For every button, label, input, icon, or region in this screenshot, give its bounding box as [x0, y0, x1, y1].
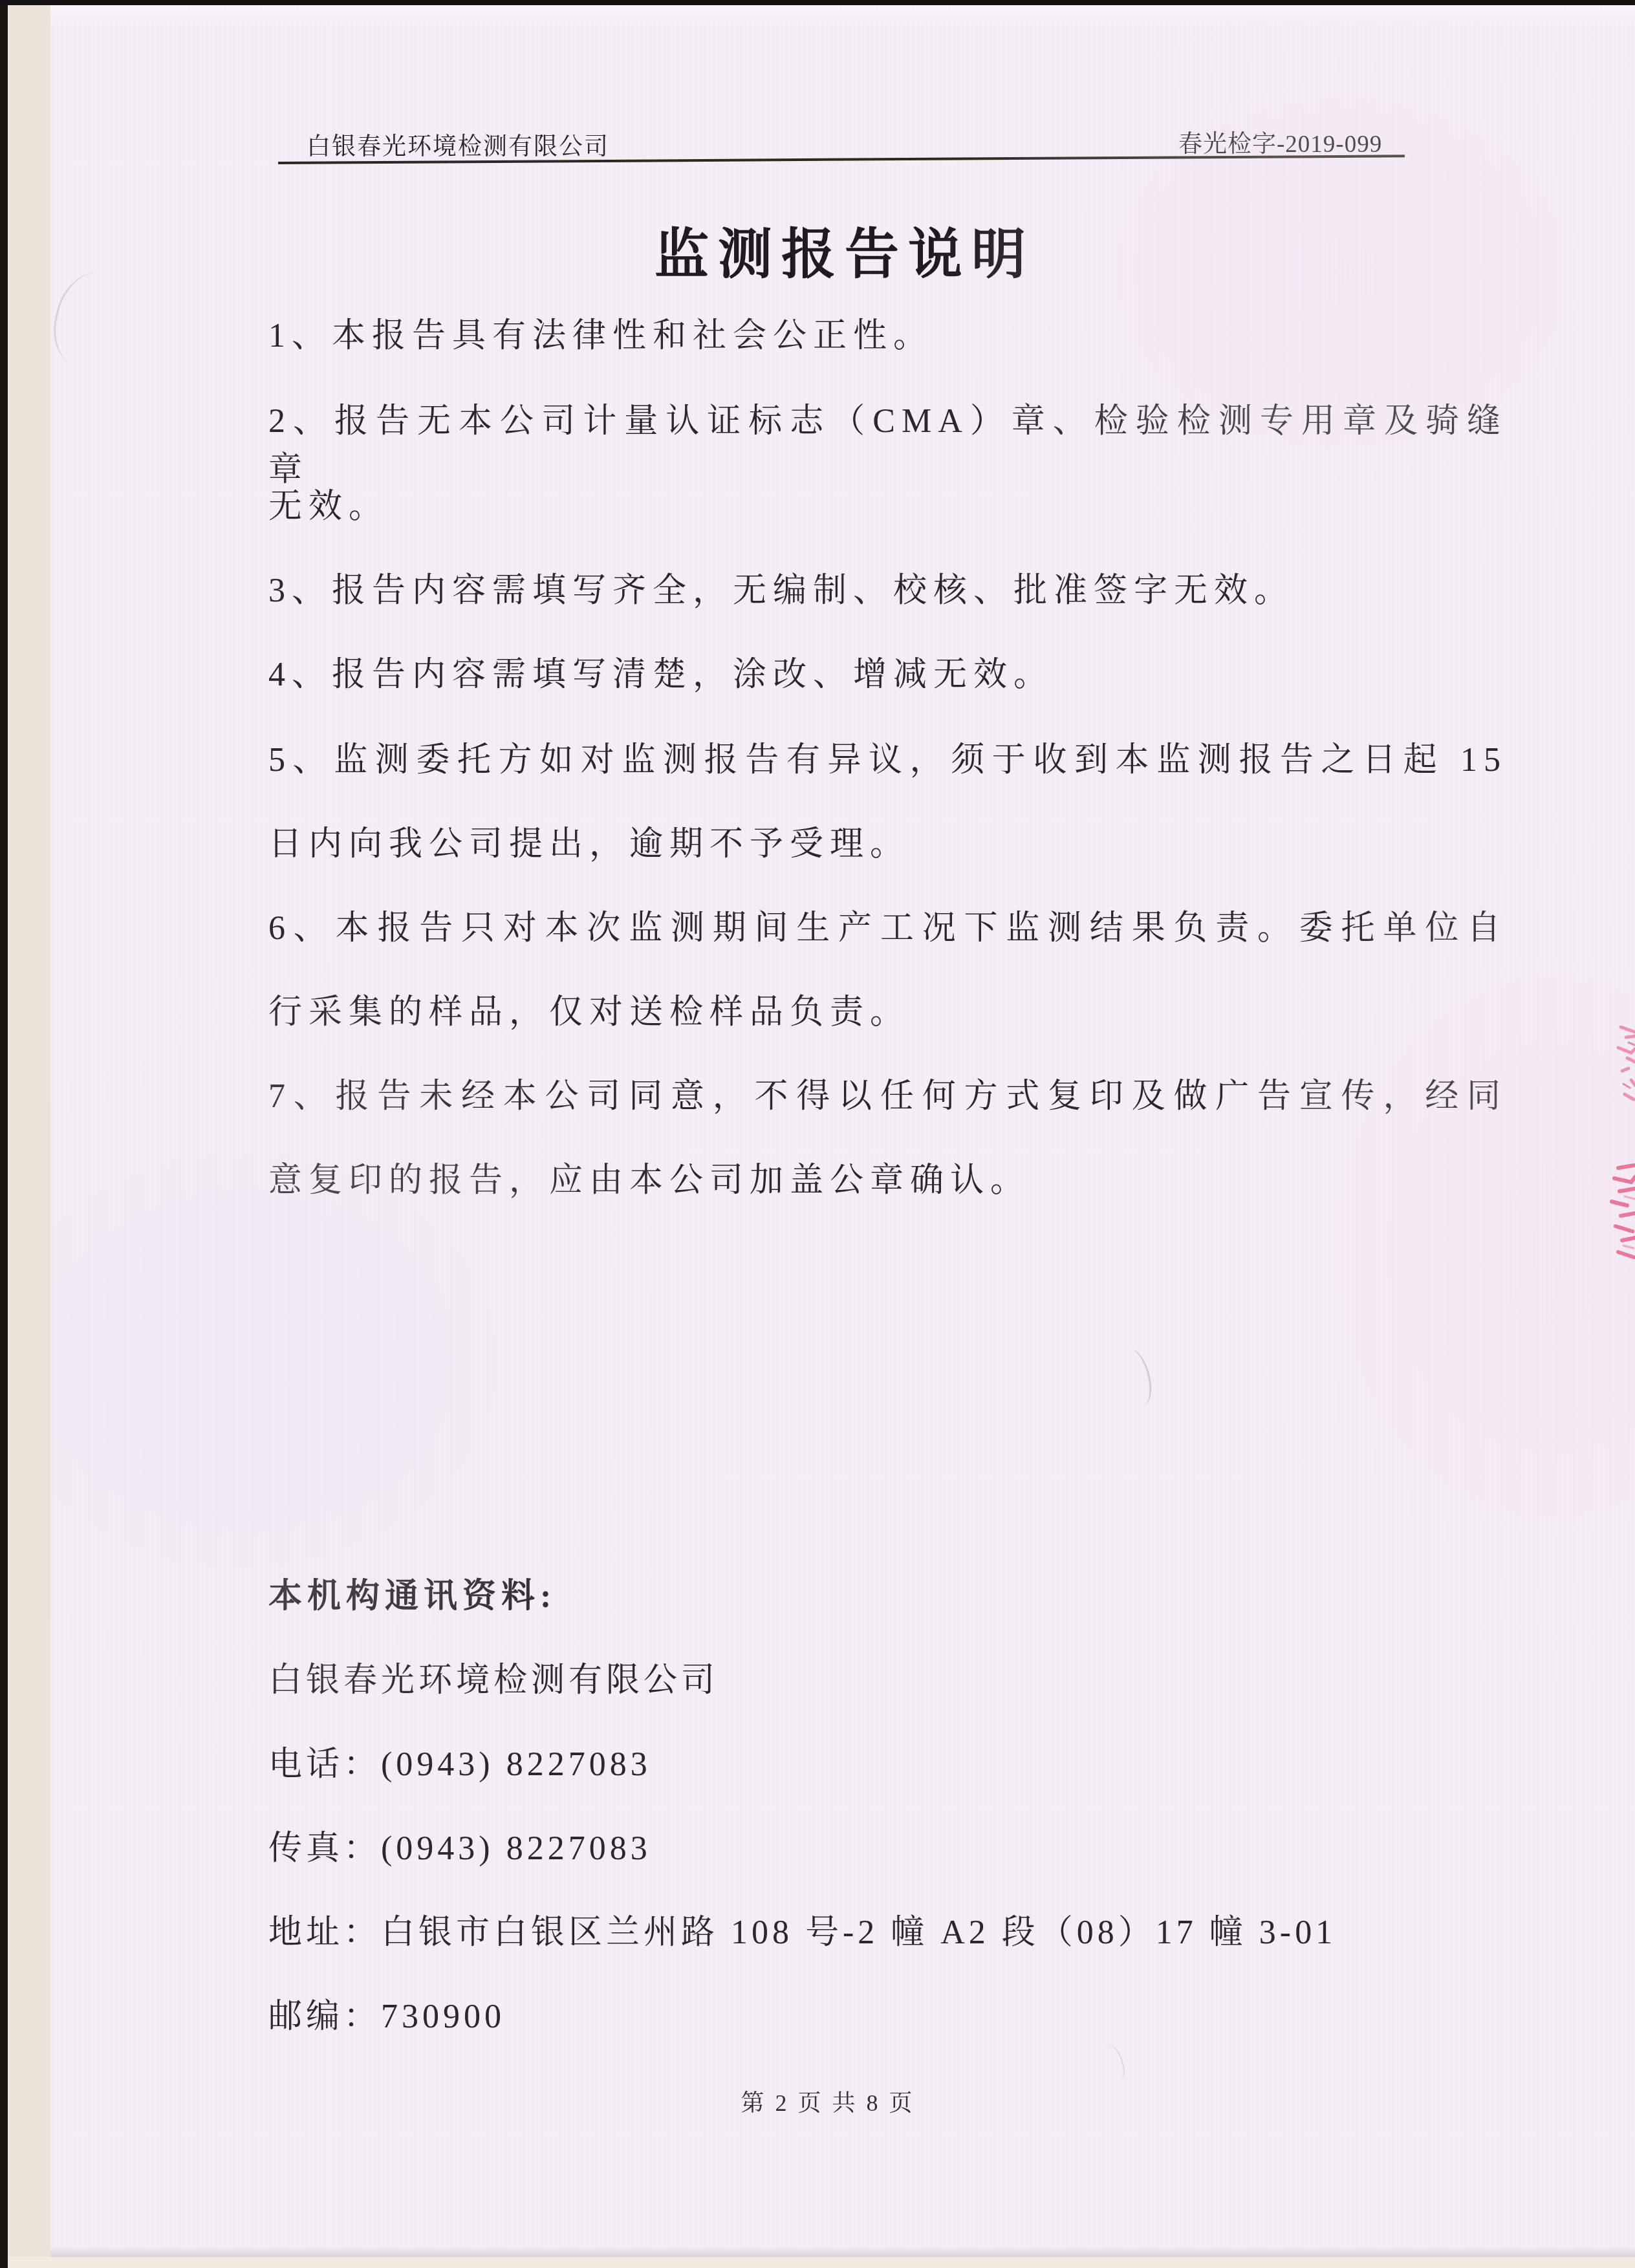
scratch-mark [1116, 1346, 1156, 1409]
note-line: 3、报告内容需填写齐全，无编制、校核、批准签字无效。 [268, 563, 1294, 611]
scanned-page: 白银春光环境检测有限公司 春光检字-2019-099 监测报告说明 1、本报告具… [0, 0, 1635, 2268]
page-edge-top-black [0, 0, 1635, 5]
contact-line-address: 地址：白银市白银区兰州路 108 号-2 幢 A2 段（08）17 幢 3-01 [268, 1905, 1336, 1953]
page-edge-bottom-cream [8, 2257, 1635, 2268]
contact-heading: 本机构通讯资料: [268, 1568, 556, 1617]
contact-line-company: 白银春光环境检测有限公司 [268, 1652, 719, 1701]
page-edge-left-cream [8, 5, 50, 2268]
stamp-fragment-icon [1609, 1023, 1635, 1108]
contact-line-fax: 传真：(0943) 8227083 [268, 1820, 651, 1869]
header-report-number: 春光检字-2019-099 [1178, 124, 1382, 159]
note-line: 1、本报告具有法律性和社会公正性。 [268, 308, 933, 356]
page-edge-left-black [0, 0, 8, 2268]
contact-line-postcode: 邮编：730900 [268, 1989, 505, 2037]
page-title: 监测报告说明 [655, 211, 1035, 289]
note-line: 5、监测委托方如对监测报告有异议，须于收到本监测报告之日起 15 [268, 732, 1507, 781]
note-line: 4、报告内容需填写清楚，涂改、增减无效。 [268, 647, 1054, 695]
note-line: 行采集的样品，仅对送检样品负责。 [268, 984, 910, 1033]
note-line: 无效。 [268, 479, 389, 527]
page-number: 第 2 页 共 8 页 [741, 2085, 915, 2118]
note-line: 日内向我公司提出，逾期不予受理。 [268, 816, 910, 865]
note-line: 意复印的报告，应由本公司加盖公章确认。 [268, 1152, 1030, 1201]
header-company-name: 白银春光环境检测有限公司 [307, 127, 609, 162]
note-line: 6、本报告只对本次监测期间生产工况下监测结果负责。委托单位自 [268, 900, 1507, 949]
stamp-fragment-icon [1605, 1163, 1635, 1261]
note-line: 7、报告未经本公司同意，不得以任何方式复印及做广告宣传，经同 [268, 1068, 1507, 1117]
scan-top-light-band [50, 5, 1635, 25]
contact-line-phone: 电话：(0943) 8227083 [268, 1736, 651, 1785]
scratch-mark [45, 265, 140, 376]
scratch-mark [1094, 2041, 1129, 2085]
note-line: 2、报告无本公司计量认证标志（CMA）章、检验检测专用章及骑缝章 [268, 393, 1507, 490]
page-bottom-shadow [50, 2247, 1635, 2257]
